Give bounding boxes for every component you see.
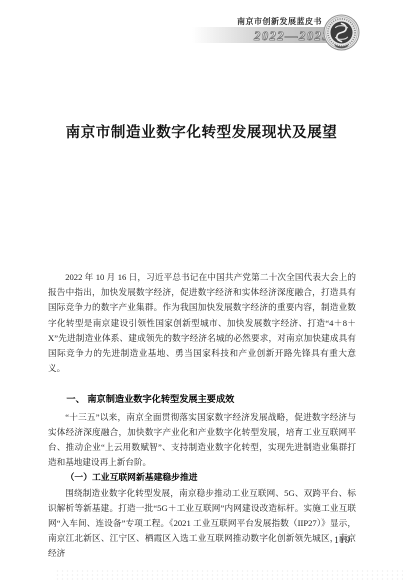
running-head: 南京市创新发展蓝皮书 2022—2023	[0, 0, 403, 60]
article-title: 南京市制造业数字化转型发展现状及展望	[0, 121, 403, 142]
body-paragraph: 围绕制造业数字化转型发展，南京稳步推动工业互联网、5G、双跨平台、标识解析等新基…	[48, 486, 356, 562]
article-body: 2022 年 10 月 16 日，习近平总书记在中国共产党第二十次全国代表大会上…	[48, 270, 356, 562]
edition-years: 2022—2023	[254, 29, 330, 44]
publisher-seal-icon	[323, 14, 360, 51]
scan-noise-texture	[55, 569, 403, 581]
section-heading: 一、 南京制造业数字化转型发展主要成效	[48, 392, 356, 407]
edition-band: 2022—2023	[192, 27, 342, 43]
body-paragraph: “十三五”以来，南京全面贯彻落实国家数字经济发展战略，促进数字经济与实体经济深度…	[48, 410, 356, 471]
series-title: 南京市创新发展蓝皮书	[237, 16, 322, 27]
page-number: 119	[334, 536, 351, 546]
body-paragraph: 2022 年 10 月 16 日，习近平总书记在中国共产党第二十次全国代表大会上…	[48, 270, 356, 376]
subsection-heading: （一）工业互联网新基建稳步推进	[48, 470, 356, 485]
document-page: 南京市创新发展蓝皮书 2022—2023 南京市制造业数字化转型发展现状及展望 …	[0, 0, 403, 581]
